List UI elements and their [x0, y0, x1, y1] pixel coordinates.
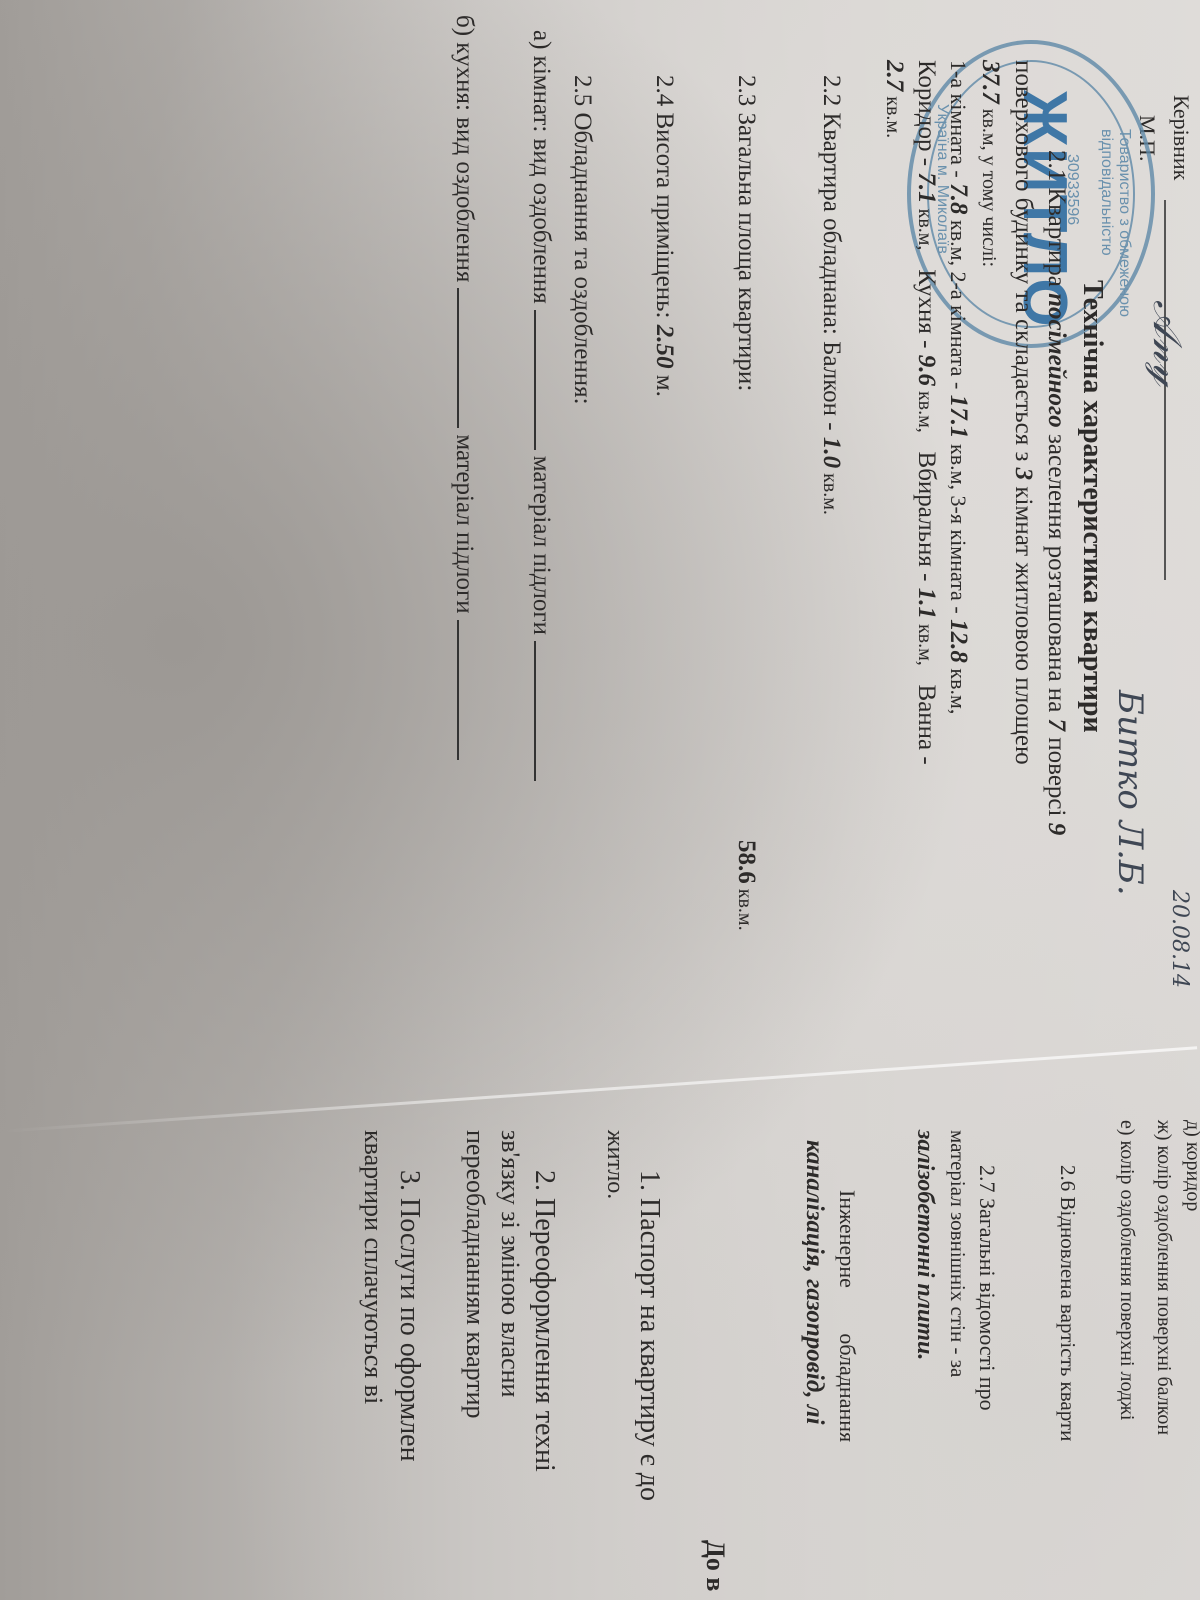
item-2-7-line2: матеріал зовнішніх стін - за: [945, 1130, 970, 1377]
item-2-2: 2.2 Квартира обладнана: Балкон - 1.0 кв.…: [817, 75, 845, 515]
manager-label: Керівник: [1168, 95, 1194, 180]
item-2-1-line2: поверхового будинку та складається з 3 к…: [1009, 60, 1037, 765]
note-1-line1: 1. Паспорт на квартиру є до: [633, 1170, 665, 1501]
kitchen-finish-field[interactable]: [457, 288, 459, 428]
signature-name: Битко Л.Б.: [1110, 690, 1150, 896]
note-2-line2: зв'язку зі зміною власни: [495, 1130, 525, 1397]
engineering-line2: каналізація, газопровід, лі: [800, 1140, 828, 1425]
document-page: Керівник М.П. Товариство з обмеженою від…: [0, 0, 1200, 1600]
item-2-1-line1: 2.1 Квартира посімейного заселення розта…: [1042, 150, 1070, 835]
handwritten-date: 20.08.14: [1167, 890, 1192, 988]
rooms-line: 1-а кімната - 7.8 кв.м, 2-а кімната - 17…: [944, 60, 972, 714]
item-2-3-label: 2.3 Загальна площа квартири:: [732, 75, 760, 391]
other-rooms-line: Коридор - 7.1 кв.м, Кухня - 9.6 кв.м, Вб…: [912, 60, 940, 765]
item-2-7-line1: 2.7 Загальні відомості про: [974, 1165, 1000, 1411]
finish-row-kitchen: б) кухня: вид оздобленняматеріал підлоги: [450, 15, 478, 766]
item-zh: ж) колір оздоблення поверхні балкон: [1152, 1120, 1175, 1435]
note-2-line1: 2. Переоформлення техні: [528, 1170, 560, 1472]
bath-value-line: 2.7 кв.м.: [880, 60, 908, 138]
section-title: Технічна характеристика квартири: [1076, 280, 1108, 733]
to-heading: До в: [700, 1540, 730, 1591]
item-d: д) коридор: [1181, 1120, 1200, 1211]
note-1-line2: житло.: [601, 1130, 628, 1199]
item-2-3-value: 58.6 кв.м.: [732, 840, 760, 931]
rooms-floor-material-field[interactable]: [534, 641, 536, 781]
item-2-1-line3: 37.7 кв.м, у тому числі:: [976, 60, 1004, 267]
kitchen-floor-material-field[interactable]: [457, 620, 459, 760]
engineering-line1: Інженерне обладнання: [834, 1190, 860, 1442]
note-2-line3: переобладнанням квартир: [460, 1130, 490, 1419]
item-2-5-label: 2.5 Обладнання та оздоблення:: [568, 75, 596, 405]
item-2-4: 2.4 Висота приміщень: 2.50 м.: [650, 75, 678, 397]
note-3-line1: 3. Послуги по оформлен: [393, 1170, 425, 1462]
note-3-line2: квартири сплачуються ві: [358, 1130, 388, 1404]
signature-line: [1164, 200, 1166, 580]
item-2-7-line3: залізобетонні плити.: [911, 1130, 938, 1360]
item-e: е) колір оздоблення поверхні лоджі: [1115, 1120, 1138, 1421]
item-2-6: 2.6 Відновлена вартість кварти: [1055, 1165, 1080, 1441]
finish-row-rooms: а) кімнат: вид оздобленняматеріал підлог…: [527, 30, 555, 787]
manager-signature-icon: 𝒜𝓃𝓎: [1144, 300, 1190, 386]
rooms-finish-field[interactable]: [534, 310, 536, 450]
